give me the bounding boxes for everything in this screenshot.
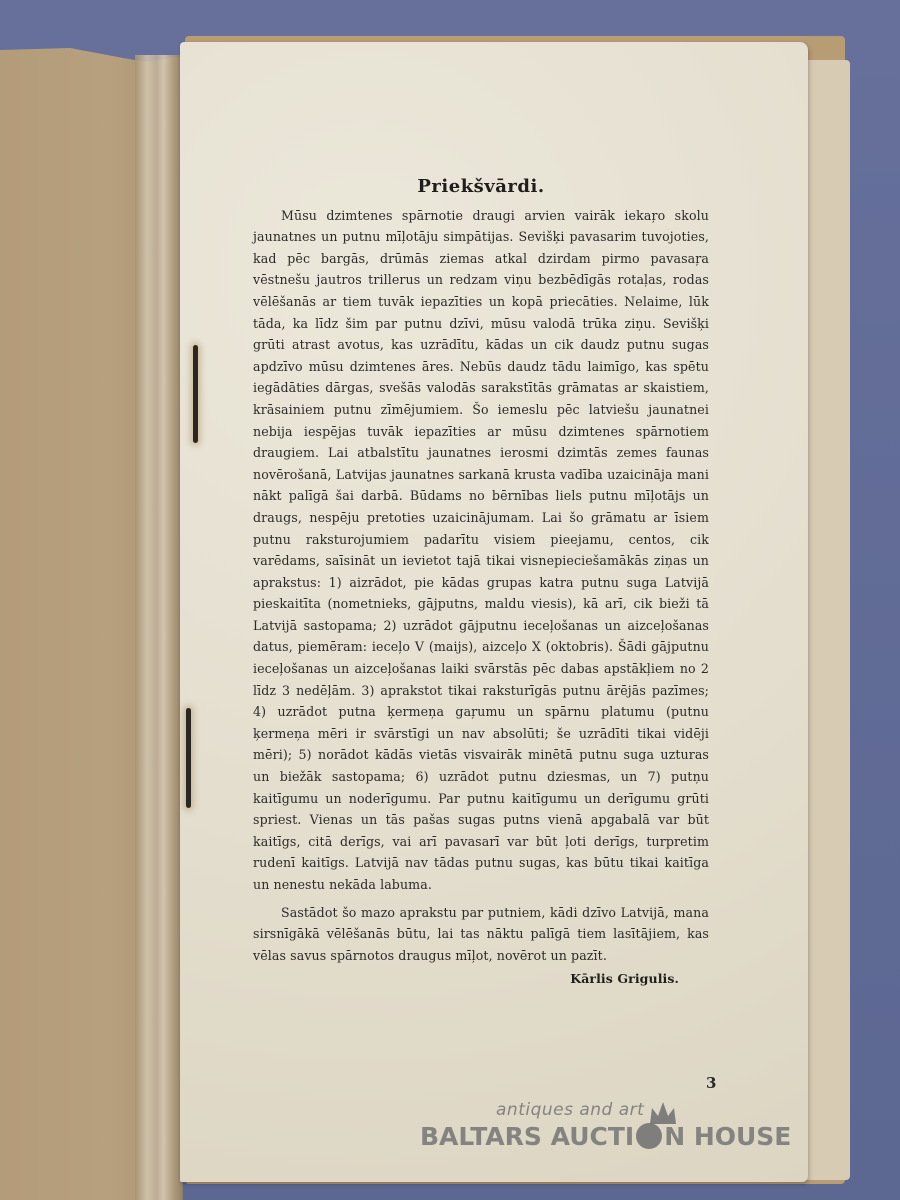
crown-icon [648, 1102, 678, 1124]
watermark: antiques and art BALTARS AUCTIN HOUSE [420, 1100, 820, 1170]
page-content: Priekšvārdi. Mūsu dzimtenes spārnotie dr… [253, 176, 709, 990]
page-number: 3 [706, 1074, 716, 1092]
watermark-brand: BALTARS AUCTIN HOUSE [420, 1122, 791, 1151]
watermark-brand-part1: BALTARS AUCTI [420, 1122, 634, 1151]
staple-top [193, 345, 198, 443]
body-paragraph-2: Sastādot šo mazo aprakstu par putniem, k… [253, 902, 709, 967]
watermark-tagline: antiques and art [496, 1100, 644, 1120]
watermark-o-circle-icon [636, 1123, 662, 1149]
staple-bottom [186, 708, 191, 808]
body-paragraph-1: Mūsu dzimtenes spārnotie draugi arvien v… [253, 205, 709, 896]
page-title: Priekšvārdi. [253, 176, 709, 198]
booklet-spine [135, 55, 183, 1200]
author-signature: Kārlis Grigulis. [253, 968, 709, 990]
watermark-brand-part2: N HOUSE [664, 1122, 791, 1151]
